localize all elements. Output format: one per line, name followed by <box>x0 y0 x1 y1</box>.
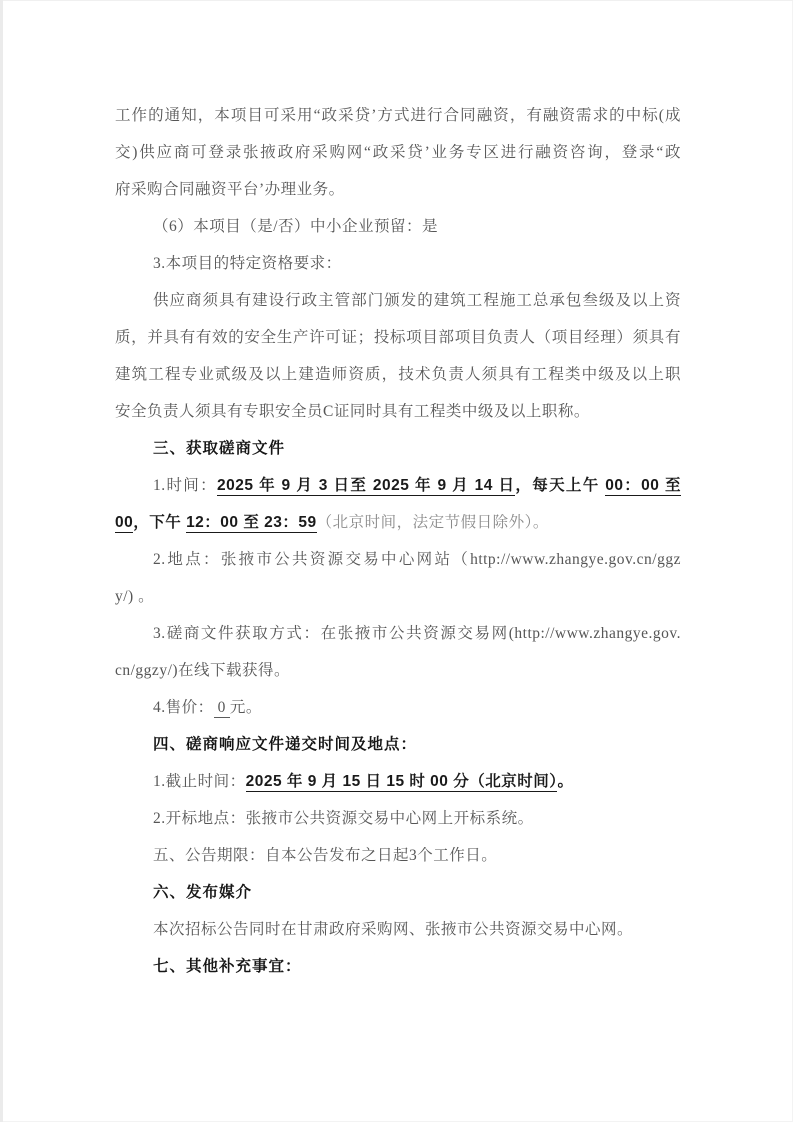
item-obtain-method-line-2: cn/ggzy/)在线下载获得。 <box>115 652 681 689</box>
document-page: 工作的通知，本项目可采用“政采贷’方式进行合同融资，有融资需求的中标(成交)供应… <box>0 0 793 1122</box>
text-run: 1.时间： <box>153 477 217 494</box>
text-run: 。 <box>557 773 573 790</box>
text-run: 0 <box>214 699 230 718</box>
section-7-heading: 七、其他补充事宜： <box>115 948 681 985</box>
text-run: 1.截止时间： <box>153 773 246 790</box>
para-qualification-line-3: 建筑工程专业贰级及以上建造师资质，技术负责人须具有工程类中级及以上职称， <box>115 356 681 393</box>
text-run: ，每天上午 <box>515 477 605 494</box>
text-run: 3.本项目的特定资格要求： <box>153 255 342 272</box>
para-financing-line-1: 工作的通知，本项目可采用“政采贷’方式进行合同融资，有融资需求的中标(成 <box>115 97 681 134</box>
section-5-announcement-period: 五、公告期限：自本公告发布之日起3个工作日。 <box>115 837 681 874</box>
item-time-line-1: 1.时间：2025 年 9 月 3 日至 2025 年 9 月 14 日，每天上… <box>115 467 681 504</box>
text-run: 元。 <box>230 699 262 716</box>
text-run: 安全负责人须具有专职安全员C证同时具有工程类中级及以上职称。 <box>115 403 590 420</box>
text-run: 4.售价： <box>153 699 214 716</box>
item-deadline: 1.截止时间：2025 年 9 月 15 日 15 时 00 分（北京时间）。 <box>115 763 681 800</box>
text-run: ，下午 <box>133 514 186 531</box>
text-run: 七、其他补充事宜： <box>153 958 302 975</box>
text-run: 2.地点：张掖市公共资源交易中心网站（http://www.zhangye.go… <box>153 551 681 568</box>
text-run: 3.磋商文件获取方式：在张掖市公共资源交易网(http://www.zhangy… <box>153 625 681 642</box>
text-run: cn/ggzy/)在线下载获得。 <box>115 662 290 679</box>
text-run: 建筑工程专业贰级及以上建造师资质，技术负责人须具有工程类中级及以上职称， <box>115 366 681 393</box>
item-obtain-method-line-1: 3.磋商文件获取方式：在张掖市公共资源交易网(http://www.zhangy… <box>115 615 681 652</box>
text-run: 12：00 至 23：59 <box>186 514 317 533</box>
text-run: 2025 年 9 月 3 日至 2025 年 9 月 14 日 <box>217 477 515 496</box>
text-run: 2.开标地点：张掖市公共资源交易中心网上开标系统。 <box>153 810 534 827</box>
para-qualification-line-1: 供应商须具有建设行政主管部门颁发的建筑工程施工总承包叁级及以上资 <box>115 282 681 319</box>
text-run: 质，并具有有效的安全生产许可证；投标项目部项目负责人（项目经理）须具有 <box>115 329 681 346</box>
section-4-heading: 四、磋商响应文件递交时间及地点： <box>115 726 681 763</box>
text-run: 四、磋商响应文件递交时间及地点： <box>153 736 417 753</box>
text-run: 交)供应商可登录张掖政府采购网“政采贷’业务专区进行融资咨询，登录“政 <box>115 144 681 161</box>
item-6-sme-reserved: （6）本项目（是/否）中小企业预留：是 <box>115 208 681 245</box>
para-financing-line-2: 交)供应商可登录张掖政府采购网“政采贷’业务专区进行融资咨询，登录“政 <box>115 134 681 171</box>
para-financing-line-3: 府采购合同融资平台’办理业务。 <box>115 171 681 208</box>
text-run: 三、获取磋商文件 <box>153 440 285 457</box>
text-run: 工作的通知，本项目可采用“政采贷’方式进行合同融资，有融资需求的中标(成 <box>115 107 681 124</box>
text-run: y/) 。 <box>115 588 154 605</box>
text-run: 五、公告期限：自本公告发布之日起3个工作日。 <box>153 847 497 864</box>
para-media: 本次招标公告同时在甘肃政府采购网、张掖市公共资源交易中心网。 <box>115 911 681 948</box>
document-text-block: 工作的通知，本项目可采用“政采贷’方式进行合同融资，有融资需求的中标(成交)供应… <box>115 97 681 985</box>
para-qualification-line-4: 安全负责人须具有专职安全员C证同时具有工程类中级及以上职称。 <box>115 393 681 430</box>
section-6-heading: 六、发布媒介 <box>115 874 681 911</box>
item-price: 4.售价：0元。 <box>115 689 681 726</box>
text-run: （6）本项目（是/否）中小企业预留：是 <box>153 218 438 235</box>
item-location-line-1: 2.地点：张掖市公共资源交易中心网站（http://www.zhangye.go… <box>115 541 681 578</box>
item-time-line-2: 00，下午 12：00 至 23：59（北京时间，法定节假日除外）。 <box>115 504 681 541</box>
item-3-qualification-title: 3.本项目的特定资格要求： <box>115 245 681 282</box>
section-3-heading: 三、获取磋商文件 <box>115 430 681 467</box>
text-run: 六、发布媒介 <box>153 884 252 901</box>
item-bid-opening-location: 2.开标地点：张掖市公共资源交易中心网上开标系统。 <box>115 800 681 837</box>
text-run: 00 <box>115 514 133 533</box>
para-qualification-line-2: 质，并具有有效的安全生产许可证；投标项目部项目负责人（项目经理）须具有 <box>115 319 681 356</box>
text-run: 供应商须具有建设行政主管部门颁发的建筑工程施工总承包叁级及以上资 <box>153 292 681 309</box>
text-run: 府采购合同融资平台’办理业务。 <box>115 181 345 198</box>
text-run: 本次招标公告同时在甘肃政府采购网、张掖市公共资源交易中心网。 <box>153 921 633 938</box>
text-run: 2025 年 9 月 15 日 15 时 00 分（北京时间） <box>246 773 558 792</box>
text-run: （北京时间，法定节假日除外）。 <box>317 514 549 531</box>
item-location-line-2: y/) 。 <box>115 578 681 615</box>
